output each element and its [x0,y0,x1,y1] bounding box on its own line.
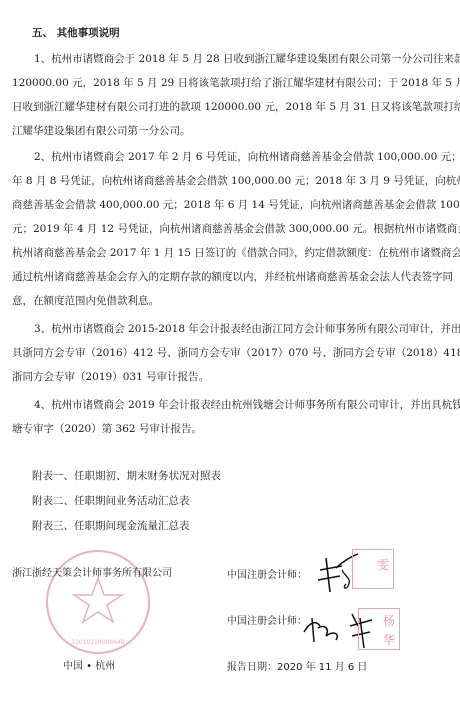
item3-line3: 浙同方会专审（2019）031 号审计报告。 [12,370,422,384]
item2-line2: 年 8 月 8 号凭证，向杭州诸商慈善基金会借款 100,000.00 元；20… [12,174,422,188]
cpa2-seal: 杨 华 [358,608,400,650]
section-heading: 五、 其他事项说明 [32,26,120,40]
cpa1-seal: 雯 [352,549,394,589]
item2-line6: 通过杭州诸商慈善基金会存入的定期存款的额度以内，并经杭州诸商慈善基金会法人代表签… [12,270,422,284]
firm-name: 浙江浙经天策会计师事务所有限公司 [12,567,172,581]
appendix-1: 附表一、任职期初、期末财务状况对照表 [32,469,221,483]
report-date: 报告日期：2020 年 11 月 6 日 [227,661,367,675]
location: 中国 • 杭州 [63,660,115,674]
item2-line7: 意，在额度范围内免借款利息。 [12,294,422,308]
item3-line2: 具浙同方会专审（2016）412 号、浙同方会专审（2017）070 号、浙同方… [12,346,422,360]
item4-line1: 4、杭州市诸暨商会 2019 年会计报表经由杭州钱塘会计师事务所有限公司审计，并… [34,398,422,412]
appendix-2: 附表二、任职期间业务活动汇总表 [32,494,190,508]
cpa-label-2: 中国注册会计师： [227,615,307,629]
item2-line5: 杭州诸商慈善基金会 2017 年 1 月 15 日签订的《借款合同》，约定借款额… [12,246,422,260]
appendix-3: 附表三、任职期间现金流量汇总表 [32,519,190,533]
item2-line1: 2、杭州市诸暨商会 2017 年 2 月 6 号凭证，向杭州诸商慈善基金会借款 … [34,150,422,164]
cpa-label-1: 中国注册会计师： [227,569,307,583]
item3-line1: 3、杭州市诸暨商会 2015-2018 年会计报表经由浙江同方会计师事务所有限公… [34,322,422,336]
company-seal-icon: 3301021000864B [44,548,152,656]
item1-line1: 1、杭州市诸暨商会于 2018 年 5 月 28 日收到浙江耀华建设集团有限公司… [34,52,422,66]
item2-line4: 元；2019 年 4 月 12 号凭证，向杭州诸商慈善基金会借款 300,000… [12,222,422,236]
item1-line3: 日收到浙江耀华建材有限公司打进的款项 120000.00 元，2018 年 5 … [12,100,422,114]
item2-line3: 商慈善基金会借款 400,000.00 元；2018 年 6 月 14 号凭证，… [12,198,422,212]
item1-line2: 120000.00 元，2018 年 5 月 29 日将该笔款项打给了浙江耀华建… [12,76,422,90]
item4-line2: 塘专审字（2020）第 362 号审计报告。 [12,422,422,436]
seal-number: 3301021000864B [71,639,125,646]
item1-line4: 江耀华建设集团有限公司第一分公司。 [12,124,422,138]
